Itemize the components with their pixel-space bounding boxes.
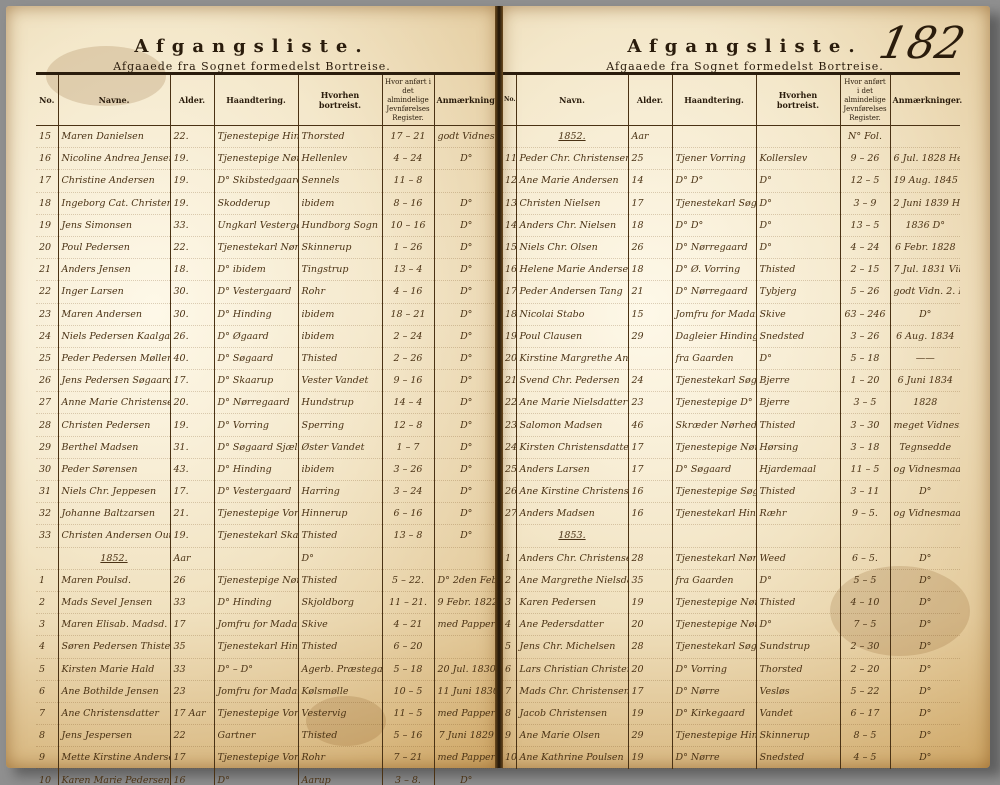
age-cell: 21. xyxy=(170,503,214,525)
destination-cell: Tingstrup xyxy=(298,259,382,281)
destination-cell xyxy=(756,525,840,547)
row-number-cell: 5 xyxy=(502,636,516,658)
table-row: 4Ane Pedersdatter20Tjenestepige NørreD°7… xyxy=(502,614,960,636)
row-number-cell: 19 xyxy=(502,325,516,347)
person-name-cell: Maren Elisab. Madsd. xyxy=(58,614,170,636)
register-ref-cell: 7 – 5 xyxy=(840,614,890,636)
occupation-cell: Ungkarl Vestergaard xyxy=(214,214,298,236)
remarks-cell: 7 Jul. 1831 Villemoes xyxy=(890,259,960,281)
row-number-cell: 23 xyxy=(502,414,516,436)
row-number-cell: 15 xyxy=(36,126,58,148)
register-ref-cell: 10 – 5 xyxy=(382,680,434,702)
table-row: 3Karen Pedersen19Tjenestepige NørreThist… xyxy=(502,591,960,613)
person-name-cell: Ane Marie Nielsdatter xyxy=(516,392,628,414)
destination-cell: Sperring xyxy=(298,414,382,436)
col-header-destination: Hvorhen bortreist. xyxy=(298,75,382,126)
table-row: 31Niels Chr. Jeppesen17.D° VestergaardHa… xyxy=(36,481,498,503)
register-ref-cell: 11 – 5 xyxy=(840,458,890,480)
occupation-cell: Tjenestepige Nørhede xyxy=(214,569,298,591)
row-number-cell: 23 xyxy=(36,303,58,325)
table-row: 5Kirsten Marie Hald33D° – D°Agerb. Præst… xyxy=(36,658,498,680)
destination-cell: Agerb. Præstegaard xyxy=(298,658,382,680)
remarks-cell: D° xyxy=(434,148,498,170)
person-name-cell: Helene Marie Andersen xyxy=(516,259,628,281)
row-number-cell: 4 xyxy=(36,636,58,658)
register-ref-cell: 5 – 18 xyxy=(382,658,434,680)
register-ref-cell: 14 – 4 xyxy=(382,392,434,414)
remarks-cell: 20 Jul. 1830. xyxy=(434,658,498,680)
person-name-cell: Nicoline Andrea Jensen xyxy=(58,148,170,170)
destination-cell: Skive xyxy=(298,614,382,636)
row-number-cell: 18 xyxy=(36,192,58,214)
register-ref-cell: 2 – 24 xyxy=(382,325,434,347)
occupation-cell: fra Gaarden xyxy=(672,347,756,369)
destination-cell: Aarup xyxy=(298,769,382,785)
table-row: 22Inger Larsen30.D° VestergaardRohr4 – 1… xyxy=(36,281,498,303)
age-cell: 17. xyxy=(170,481,214,503)
left-page: Afgangsliste. Afgaaede fra Sognet formed… xyxy=(6,6,498,768)
occupation-cell: D° Vorring xyxy=(672,658,756,680)
year-divider-row: 1853. xyxy=(502,525,960,547)
person-name-cell: Salomon Madsen xyxy=(516,414,628,436)
age-cell: 15 xyxy=(628,303,672,325)
destination-cell: D° xyxy=(756,192,840,214)
occupation-cell: D° Kirkegaard xyxy=(672,702,756,724)
age-cell: 26 xyxy=(170,569,214,591)
occupation-cell: Gartner xyxy=(214,725,298,747)
table-row: 21Anders Jensen18.D° ibidemTingstrup13 –… xyxy=(36,259,498,281)
person-name-cell: Poul Clausen xyxy=(516,325,628,347)
age-cell: 18 xyxy=(628,259,672,281)
destination-cell: Hundborg Sogn xyxy=(298,214,382,236)
occupation-cell: Tjenestepige Vorring xyxy=(214,747,298,769)
remarks-cell: D° xyxy=(434,503,498,525)
remarks-cell: D° xyxy=(434,214,498,236)
destination-cell: Skinnerup xyxy=(756,725,840,747)
row-number-cell: 15 xyxy=(502,236,516,258)
row-number-cell: 20 xyxy=(502,347,516,369)
table-row: 16Nicoline Andrea Jensen19.Tjenestepige … xyxy=(36,148,498,170)
age-cell: 19. xyxy=(170,148,214,170)
occupation-cell: Tjenestekarl Nørre xyxy=(672,547,756,569)
register-ref-cell: 9 – 5. xyxy=(840,503,890,525)
table-row: 19Poul Clausen29Dagleier HindingSnedsted… xyxy=(502,325,960,347)
table-row: 14Anders Chr. Nielsen18D° D°D°13 – 51836… xyxy=(502,214,960,236)
table-row: 17Peder Andersen Tang21D° NørregaardTybj… xyxy=(502,281,960,303)
person-name-cell: Poul Pedersen xyxy=(58,236,170,258)
age-cell: 18. xyxy=(170,259,214,281)
table-row: 9Mette Kirstine Andersen17Tjenestepige V… xyxy=(36,747,498,769)
table-row: 6Ane Bothilde Jensen23Jomfru for MadameK… xyxy=(36,680,498,702)
table-row: 20Poul Pedersen22.Tjenestekarl NørreSkin… xyxy=(36,236,498,258)
table-row: 25Peder Pedersen Møller40.D° SøgaardThis… xyxy=(36,347,498,369)
table-row: 23Maren Andersen30.D° Hindingibidem18 – … xyxy=(36,303,498,325)
age-cell: 20 xyxy=(628,614,672,636)
person-name-cell: Niels Chr. Olsen xyxy=(516,236,628,258)
table-row: 8Jens Jespersen22GartnerThisted5 – 167 J… xyxy=(36,725,498,747)
destination-cell: ibidem xyxy=(298,325,382,347)
register-ref-cell: 13 – 8 xyxy=(382,525,434,547)
occupation-cell xyxy=(672,126,756,148)
person-name-cell: 1852. xyxy=(58,547,170,569)
register-ref-cell: 1 – 26 xyxy=(382,236,434,258)
row-number-cell: 22 xyxy=(36,281,58,303)
destination-cell: Hinnerup xyxy=(298,503,382,525)
register-ref-cell: 5 – 16 xyxy=(382,725,434,747)
row-number-cell: 21 xyxy=(36,259,58,281)
column-headers: No. Navne. Alder. Haandtering. Hvorhen b… xyxy=(36,75,498,126)
remarks-cell: D° xyxy=(890,658,960,680)
table-row: 20Kirstine Margrethe Andersdatterfra Gaa… xyxy=(502,347,960,369)
destination-cell xyxy=(756,126,840,148)
age-cell: 19 xyxy=(628,702,672,724)
person-name-cell: Anders Chr. Nielsen xyxy=(516,214,628,236)
occupation-cell: Tjenestepige Nørre xyxy=(672,436,756,458)
occupation-cell: Tjenestekarl Hinding xyxy=(214,636,298,658)
remarks-cell: med Papper xyxy=(434,747,498,769)
remarks-cell: D° xyxy=(434,458,498,480)
age-cell: 28 xyxy=(628,547,672,569)
row-number-cell xyxy=(502,525,516,547)
register-ref-cell xyxy=(840,525,890,547)
age-cell: 33 xyxy=(170,658,214,680)
destination-cell: Skive xyxy=(756,303,840,325)
year-divider-row: 1852.AarN° Fol. xyxy=(502,126,960,148)
register-ref-cell: 3 – 24 xyxy=(382,481,434,503)
register-ref-cell: 3 – 18 xyxy=(840,436,890,458)
remarks-cell xyxy=(890,126,960,148)
remarks-cell: D° xyxy=(890,636,960,658)
remarks-cell: 7 Juni 1829 xyxy=(434,725,498,747)
remarks-cell: D° xyxy=(890,569,960,591)
age-cell: Aar xyxy=(628,126,672,148)
person-name-cell: Inger Larsen xyxy=(58,281,170,303)
register-ref-cell: 4 – 10 xyxy=(840,591,890,613)
destination-cell: D° xyxy=(756,614,840,636)
row-number-cell: 5 xyxy=(36,658,58,680)
age-cell: 23 xyxy=(170,680,214,702)
table-row: 15Maren Danielsen22.Tjenestepige Hinding… xyxy=(36,126,498,148)
destination-cell: Skinnerup xyxy=(298,236,382,258)
person-name-cell: Jens Chr. Michelsen xyxy=(516,636,628,658)
table-row: 24Niels Pedersen Kaalgaard26.D° Øgaardib… xyxy=(36,325,498,347)
age-cell: 16 xyxy=(170,769,214,785)
row-number-cell: 14 xyxy=(502,214,516,236)
age-cell: 17 xyxy=(170,614,214,636)
person-name-cell: Maren Poulsd. xyxy=(58,569,170,591)
age-cell: 20. xyxy=(170,392,214,414)
remarks-cell: 11 Juni 1830 Vild xyxy=(434,680,498,702)
col-header-age: Alder. xyxy=(170,75,214,126)
remarks-cell: 6 Jul. 1828 Hellerslev xyxy=(890,148,960,170)
right-page: Afgangsliste. Afgaaede fra Sognet formed… xyxy=(500,6,990,768)
remarks-cell: D° xyxy=(890,747,960,769)
destination-cell: Snedsted xyxy=(756,325,840,347)
age-cell: 17 xyxy=(628,192,672,214)
person-name-cell: Kirstine Margrethe Andersdatter xyxy=(516,347,628,369)
row-number-cell: 26 xyxy=(502,481,516,503)
destination-cell: Thorsted xyxy=(756,658,840,680)
col-header-occupation: Haandtering. xyxy=(214,75,298,126)
person-name-cell: Søren Pedersen Thisted xyxy=(58,636,170,658)
row-number-cell: 6 xyxy=(36,680,58,702)
register-ref-cell: 12 – 8 xyxy=(382,414,434,436)
remarks-cell: D° xyxy=(434,303,498,325)
col-header-name: Navne. xyxy=(58,75,170,126)
occupation-cell: D° Søgaard Sjæland xyxy=(214,436,298,458)
destination-cell: D° xyxy=(756,170,840,192)
person-name-cell: Ane Marie Andersen xyxy=(516,170,628,192)
occupation-cell: D° Hinding xyxy=(214,591,298,613)
table-row: 7Mads Chr. Christensen17D° NørreVesløs5 … xyxy=(502,680,960,702)
person-name-cell: Ane Kirstine Christensen xyxy=(516,481,628,503)
year-divider-row: 1852.AarD° xyxy=(36,547,498,569)
table-row: 29Berthel Madsen31.D° Søgaard SjælandØst… xyxy=(36,436,498,458)
occupation-cell: D° Vorring xyxy=(214,414,298,436)
age-cell: 17 Aar xyxy=(170,702,214,724)
register-ref-cell: 4 – 5 xyxy=(840,747,890,769)
col-header-remarks: Anmærkninger. xyxy=(890,75,960,126)
remarks-cell xyxy=(434,547,498,569)
age-cell: 31. xyxy=(170,436,214,458)
remarks-cell: D° xyxy=(890,725,960,747)
row-number-cell: 1 xyxy=(36,569,58,591)
person-name-cell: Ane Margrethe Nielsdatter xyxy=(516,569,628,591)
destination-cell: D° xyxy=(756,347,840,369)
age-cell: 14 xyxy=(628,170,672,192)
register-ref-cell: 10 – 16 xyxy=(382,214,434,236)
table-row: 15Niels Chr. Olsen26D° NørregaardD°4 – 2… xyxy=(502,236,960,258)
remarks-cell: D° xyxy=(890,702,960,724)
register-ref-cell: 4 – 16 xyxy=(382,281,434,303)
occupation-cell: Tjenestepige Hinding xyxy=(672,725,756,747)
person-name-cell: 1852. xyxy=(516,126,628,148)
occupation-cell: Jomfru for Madame xyxy=(214,680,298,702)
age-cell: 24 xyxy=(628,370,672,392)
register-ref-cell: 2 – 26 xyxy=(382,347,434,369)
destination-cell: Vester Vandet xyxy=(298,370,382,392)
person-name-cell: Ane Bothilde Jensen xyxy=(58,680,170,702)
remarks-cell: 6 Aug. 1834 xyxy=(890,325,960,347)
register-ref-cell: 8 – 5 xyxy=(840,725,890,747)
age-cell: 25 xyxy=(628,148,672,170)
register-ref-cell: 5 – 22. xyxy=(382,569,434,591)
register-ref-cell: 5 – 26 xyxy=(840,281,890,303)
person-name-cell: Anders Madsen xyxy=(516,503,628,525)
person-name-cell: Christen Pedersen xyxy=(58,414,170,436)
remarks-cell xyxy=(434,636,498,658)
register-ref-cell: 2 – 15 xyxy=(840,259,890,281)
remarks-cell: D° xyxy=(890,481,960,503)
destination-cell: Vestervig xyxy=(298,702,382,724)
destination-cell: ibidem xyxy=(298,192,382,214)
remarks-cell: 1828 xyxy=(890,392,960,414)
occupation-cell: D° D° xyxy=(672,170,756,192)
person-name-cell: Peder Chr. Christensen xyxy=(516,148,628,170)
remarks-cell: D° xyxy=(890,303,960,325)
age-cell: 19. xyxy=(170,414,214,436)
table-row: 22Ane Marie Nielsdatter23Tjenestepige D°… xyxy=(502,392,960,414)
row-number-cell: 25 xyxy=(36,347,58,369)
row-number-cell: 1 xyxy=(502,547,516,569)
row-number-cell: 22 xyxy=(502,392,516,414)
age-cell: 29 xyxy=(628,725,672,747)
person-name-cell: Peder Pedersen Møller xyxy=(58,347,170,369)
destination-cell: Øster Vandet xyxy=(298,436,382,458)
remarks-cell: D° xyxy=(434,259,498,281)
register-table-left: No. Navne. Alder. Haandtering. Hvorhen b… xyxy=(36,75,498,785)
destination-cell: Rohr xyxy=(298,747,382,769)
table-row: 26Jens Pedersen Søgaard17.D° SkaarupVest… xyxy=(36,370,498,392)
person-name-cell: 1853. xyxy=(516,525,628,547)
destination-cell: Thisted xyxy=(298,569,382,591)
age-cell: 17 xyxy=(628,458,672,480)
table-row: 19Jens Simonsen33.Ungkarl VestergaardHun… xyxy=(36,214,498,236)
age-cell: 17. xyxy=(170,370,214,392)
col-header-occupation: Haandtering. xyxy=(672,75,756,126)
row-number-cell: 9 xyxy=(502,725,516,747)
row-number-cell: 25 xyxy=(502,458,516,480)
table-row: 10Karen Marie Pedersen16D°Aarup3 – 8.D° xyxy=(36,769,498,785)
table-row: 10Ane Kathrine Poulsen19D° NørreSnedsted… xyxy=(502,747,960,769)
table-row: 16Helene Marie Andersen18D° Ø. VorringTh… xyxy=(502,259,960,281)
register-ref-cell: 7 – 21 xyxy=(382,747,434,769)
row-number-cell: 29 xyxy=(36,436,58,458)
destination-cell: Thisted xyxy=(756,414,840,436)
remarks-cell: D° xyxy=(434,325,498,347)
register-ref-cell: 63 – 246 xyxy=(840,303,890,325)
age-cell: 19. xyxy=(170,192,214,214)
occupation-cell: D° Øgaard xyxy=(214,325,298,347)
remarks-cell: 19 Aug. 1845 Vilstrup xyxy=(890,170,960,192)
destination-cell: Thisted xyxy=(298,725,382,747)
col-header-no: No. xyxy=(502,75,516,126)
register-ref-cell: 5 – 22 xyxy=(840,680,890,702)
table-row: 18Nicolai Stabo15Jomfru for MadameSkive6… xyxy=(502,303,960,325)
destination-cell: D° xyxy=(756,214,840,236)
occupation-cell: Tjenestepige Vorring xyxy=(214,503,298,525)
register-ref-cell: 5 – 18 xyxy=(840,347,890,369)
remarks-cell: D° xyxy=(434,436,498,458)
age-cell xyxy=(628,525,672,547)
occupation-cell xyxy=(672,525,756,547)
remarks-cell xyxy=(434,170,498,192)
remarks-cell: D° xyxy=(434,392,498,414)
register-ref-cell: 3 – 9 xyxy=(840,192,890,214)
person-name-cell: Anne Marie Christensen xyxy=(58,392,170,414)
destination-cell: D° xyxy=(756,569,840,591)
occupation-cell: D° ibidem xyxy=(214,259,298,281)
destination-cell: Kølsmølle xyxy=(298,680,382,702)
age-cell: 26 xyxy=(628,236,672,258)
age-cell: Aar xyxy=(170,547,214,569)
remarks-cell: 6 Juni 1834 xyxy=(890,370,960,392)
register-rows-left: 15Maren Danielsen22.Tjenestepige Hinding… xyxy=(36,126,498,785)
person-name-cell: Christen Nielsen xyxy=(516,192,628,214)
remarks-cell: med Papper xyxy=(434,614,498,636)
remarks-cell: D° xyxy=(890,591,960,613)
table-row: 2Ane Margrethe Nielsdatter35fra GaardenD… xyxy=(502,569,960,591)
remarks-cell: og Vidnesmaal xyxy=(890,458,960,480)
occupation-cell: D° Hinding xyxy=(214,458,298,480)
person-name-cell: Christine Andersen xyxy=(58,170,170,192)
age-cell: 40. xyxy=(170,347,214,369)
occupation-cell: Dagleier Hinding xyxy=(672,325,756,347)
remarks-cell: med Papper xyxy=(434,702,498,724)
table-row: 4Søren Pedersen Thisted35Tjenestekarl Hi… xyxy=(36,636,498,658)
occupation-cell: D° Skaarup xyxy=(214,370,298,392)
person-name-cell: Anders Jensen xyxy=(58,259,170,281)
occupation-cell: D° Nørre xyxy=(672,747,756,769)
person-name-cell: Ane Marie Olsen xyxy=(516,725,628,747)
register-ref-cell: 13 – 4 xyxy=(382,259,434,281)
row-number-cell: 17 xyxy=(502,281,516,303)
destination-cell: Tybjerg xyxy=(756,281,840,303)
destination-cell: Harring xyxy=(298,481,382,503)
destination-cell: Vandet xyxy=(756,702,840,724)
register-ref-cell: 5 – 5 xyxy=(840,569,890,591)
remarks-cell: D° xyxy=(434,414,498,436)
person-name-cell: Jens Jespersen xyxy=(58,725,170,747)
row-number-cell: 31 xyxy=(36,481,58,503)
age-cell: 33. xyxy=(170,214,214,236)
person-name-cell: Kirsten Marie Hald xyxy=(58,658,170,680)
age-cell: 19 xyxy=(628,747,672,769)
table-row: 11Peder Chr. Christensen25Tjener Vorring… xyxy=(502,148,960,170)
age-cell: 29 xyxy=(628,325,672,347)
destination-cell: Thisted xyxy=(298,636,382,658)
age-cell: 22. xyxy=(170,126,214,148)
register-ref-cell: 11 – 5 xyxy=(382,702,434,724)
person-name-cell: Berthel Madsen xyxy=(58,436,170,458)
destination-cell: Weed xyxy=(756,547,840,569)
destination-cell: Hjardemaal xyxy=(756,458,840,480)
destination-cell: Kollerslev xyxy=(756,148,840,170)
register-ref-cell: 18 – 21 xyxy=(382,303,434,325)
remarks-cell: godt Vidn. 2. Mai xyxy=(890,281,960,303)
occupation-cell: Jomfru for Madame xyxy=(672,303,756,325)
remarks-cell: D° xyxy=(890,680,960,702)
table-row: 18Ingeborg Cat. Christensen19.Skodderupi… xyxy=(36,192,498,214)
person-name-cell: Anders Larsen xyxy=(516,458,628,480)
row-number-cell: 4 xyxy=(502,614,516,636)
occupation-cell: Tjenestepige Nørre xyxy=(672,591,756,613)
table-row: 27Anne Marie Christensen20.D° Nørregaard… xyxy=(36,392,498,414)
age-cell: 30. xyxy=(170,281,214,303)
occupation-cell: Tjenestekarl Nørre xyxy=(214,236,298,258)
age-cell: 22 xyxy=(170,725,214,747)
person-name-cell: Niels Chr. Jeppesen xyxy=(58,481,170,503)
destination-cell: Thisted xyxy=(298,525,382,547)
register-ref-cell: 3 – 5 xyxy=(840,392,890,414)
table-row: 26Ane Kirstine Christensen16Tjenestepige… xyxy=(502,481,960,503)
col-header-destination: Hvorhen bortreist. xyxy=(756,75,840,126)
occupation-cell: Tjenestepige Hinding xyxy=(214,126,298,148)
age-cell: 35 xyxy=(628,569,672,591)
age-cell: 20 xyxy=(628,658,672,680)
register-ref-cell xyxy=(382,547,434,569)
person-name-cell: Ane Pedersdatter xyxy=(516,614,628,636)
table-row: 23Salomon Madsen46Skræder NørhedeThisted… xyxy=(502,414,960,436)
register-ref-cell: 17 – 21 xyxy=(382,126,434,148)
person-name-cell: Karen Marie Pedersen xyxy=(58,769,170,785)
person-name-cell: Lars Christian Christensen xyxy=(516,658,628,680)
row-number-cell: 9 xyxy=(36,747,58,769)
row-number-cell: 12 xyxy=(502,170,516,192)
occupation-cell: Tjener Vorring xyxy=(672,148,756,170)
table-row: 25Anders Larsen17D° SøgaardHjardemaal11 … xyxy=(502,458,960,480)
row-number-cell: 11 xyxy=(502,148,516,170)
